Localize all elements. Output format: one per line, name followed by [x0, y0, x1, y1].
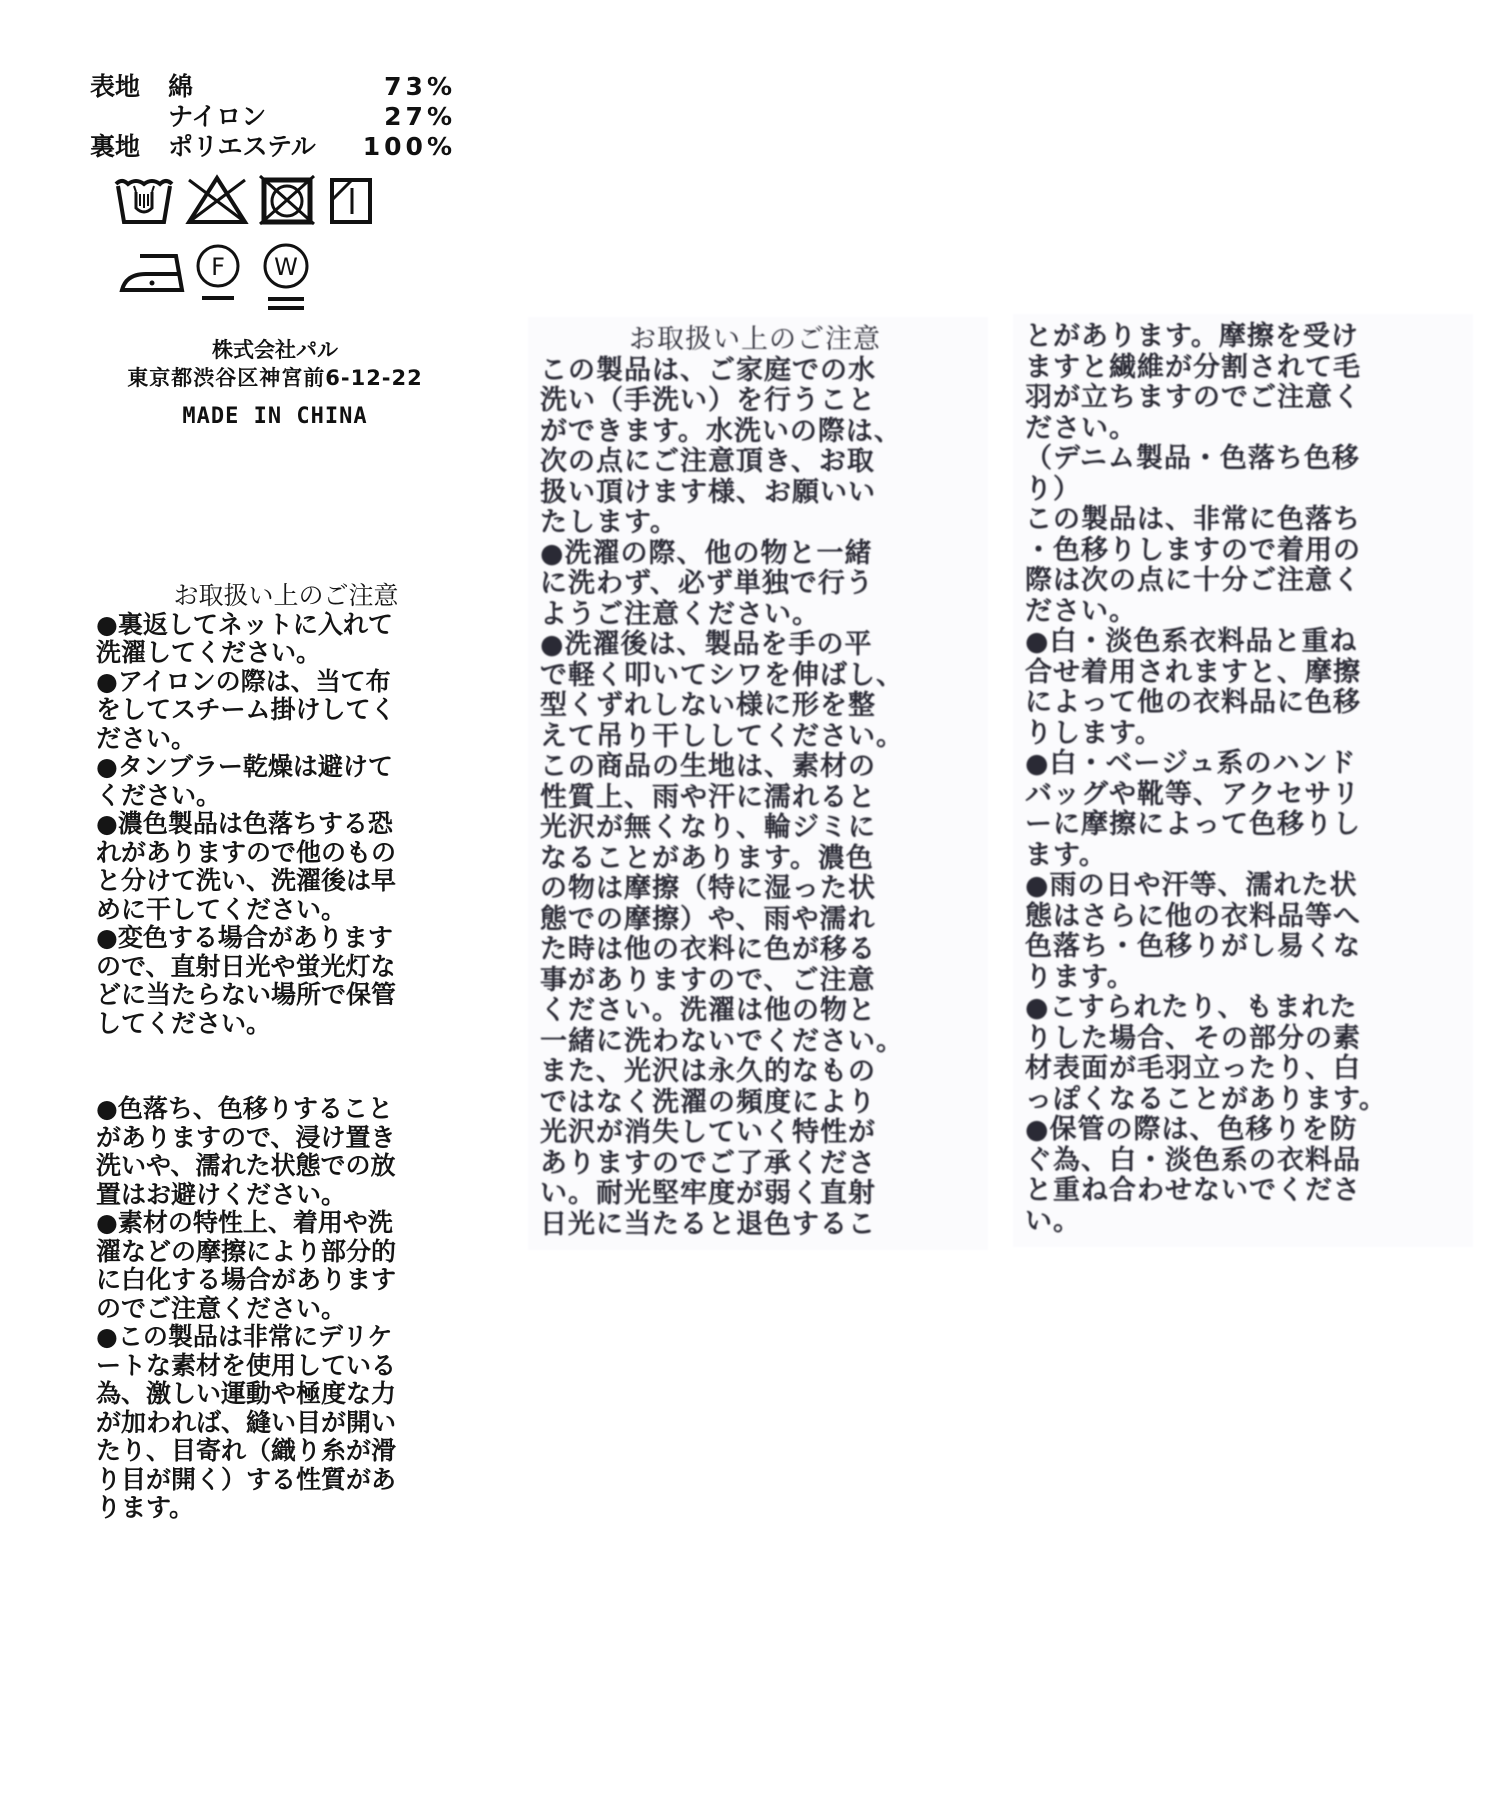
text-line: 事がありますので、ご注意 — [540, 966, 970, 997]
line-dry-shade-icon — [328, 174, 374, 226]
text-line: 羽が立ちますのでご注意く — [1025, 383, 1455, 414]
text-line: ●白・淡色系衣料品と重ね — [1025, 627, 1455, 658]
text-line: ください。 — [96, 782, 476, 811]
text-line: ではなく洗濯の頻度により — [540, 1088, 970, 1119]
text-line: ●この製品は非常にデリケ — [96, 1323, 476, 1352]
text-line: ●洗濯の際、他の物と一緒 — [540, 539, 970, 570]
text-line: ●保管の際は、色移りを防 — [1025, 1115, 1455, 1146]
text-line: 洗い（手洗い）を行うこと — [540, 386, 970, 417]
text-line: 合せ着用されますと、摩擦 — [1025, 658, 1455, 689]
text-line: 濯などの摩擦により部分的 — [96, 1238, 476, 1267]
text-line: い。 — [1025, 1207, 1455, 1238]
text-line: ●色落ち、色移りすること — [96, 1095, 476, 1124]
text-line: この製品は、非常に色落ち — [1025, 505, 1455, 536]
text-line: （デニム製品・色落ち色移 — [1025, 444, 1455, 475]
text-line: 態はさらに他の衣料品等へ — [1025, 902, 1455, 933]
no-tumble-dry-icon — [258, 174, 316, 226]
iron-low-icon — [118, 250, 188, 294]
text-line: 置はお避けください。 — [96, 1181, 476, 1210]
text-line: が加われば、縫い目が開い — [96, 1409, 476, 1438]
fiber-percent: 100% — [348, 132, 456, 162]
text-line: えて吊り干ししてください。 — [540, 722, 970, 753]
company-address: 東京都渋谷区神宮前6-12-22 — [90, 364, 460, 392]
text-line: この製品は、ご家庭での水 — [540, 356, 970, 387]
fiber-content-table: 表地 綿 73% ナイロン 27% 裏地 ポリエステル 100% — [90, 72, 460, 162]
text-line: 材表面が毛羽立ったり、白 — [1025, 1054, 1455, 1085]
fiber-percent: 73% — [348, 72, 456, 102]
text-line: ●こすられたり、もまれた — [1025, 993, 1455, 1024]
text-line: っぽくなることがあります。 — [1025, 1085, 1455, 1116]
text-line: 際は次の点に十分ご注意く — [1025, 566, 1455, 597]
fiber-material: ポリエステル — [168, 132, 348, 162]
text-line: この商品の生地は、素材の — [540, 752, 970, 783]
text-line: によって他の衣料品に色移 — [1025, 688, 1455, 719]
text-line: ぐ為、白・淡色系の衣料品 — [1025, 1146, 1455, 1177]
text-line: 扱い頂けます様、お願いい — [540, 478, 970, 509]
text-line: バッグや靴等、アクセサリ — [1025, 780, 1455, 811]
text-line: とがあります。摩擦を受け — [1025, 322, 1455, 353]
text-line: と分けて洗い、洗濯後は早 — [96, 867, 476, 896]
notes-group-b: ●色落ち、色移りすること がありますので、浸け置き 洗いや、濡れた状態での放 置… — [96, 1095, 476, 1523]
text-line: たり、目寄れ（織り糸が滑 — [96, 1437, 476, 1466]
text-line: ります。 — [1025, 963, 1455, 994]
text-line: ますと繊維が分割されて毛 — [1025, 353, 1455, 384]
text-line: ●タンブラー乾燥は避けて — [96, 753, 476, 782]
text-line: ●雨の日や汗等、濡れた状 — [1025, 871, 1455, 902]
care-notes-right: とがあります。摩擦を受け ますと繊維が分割されて毛 羽が立ちますのでご注意く だ… — [1025, 322, 1455, 1237]
text-line: た時は他の衣料に色が移る — [540, 935, 970, 966]
care-label: 表地 綿 73% ナイロン 27% 裏地 ポリエステル 100% — [90, 72, 460, 434]
dry-clean-f-icon: F — [192, 242, 244, 308]
text-line: どに当たらない場所で保管 — [96, 981, 476, 1010]
text-line: ●素材の特性上、着用や洗 — [96, 1209, 476, 1238]
text-line: 洗濯してください。 — [96, 639, 476, 668]
text-line: ●洗濯後は、製品を手の平 — [540, 630, 970, 661]
text-line: なることがあります。濃色 — [540, 844, 970, 875]
company-info: 株式会社パル 東京都渋谷区神宮前6-12-22 MADE IN CHINA — [90, 336, 460, 434]
text-line: してください。 — [96, 1010, 476, 1039]
text-line: ・色移りしますので着用の — [1025, 536, 1455, 567]
company-name: 株式会社パル — [90, 336, 460, 364]
fiber-percent: 27% — [348, 102, 456, 132]
svg-text:F: F — [211, 253, 225, 281]
text-line: また、光沢は永久的なもの — [540, 1057, 970, 1088]
text-line: ●アイロンの際は、当て布 — [96, 668, 476, 697]
text-line: めに干してください。 — [96, 896, 476, 925]
fiber-part: 表地 — [90, 72, 168, 102]
text-line: り目が開く）する性質があ — [96, 1466, 476, 1495]
text-line: ります。 — [96, 1494, 476, 1523]
care-symbols: F W — [90, 172, 460, 332]
notes-group-a: ●裏返してネットに入れて 洗濯してください。 ●アイロンの際は、当て布 をしてス… — [96, 611, 476, 1039]
spacer — [96, 1038, 476, 1095]
text-line: 洗いや、濡れた状態での放 — [96, 1152, 476, 1181]
text-line: 光沢が消失していく特性が — [540, 1118, 970, 1149]
text-line: をしてスチーム掛けしてく — [96, 696, 476, 725]
fiber-part: 裏地 — [90, 132, 168, 162]
text-line: ださい。 — [96, 725, 476, 754]
text-line: ます。 — [1025, 841, 1455, 872]
text-line: で軽く叩いてシワを伸ばし、 — [540, 661, 970, 692]
text-line: い。耐光堅牢度が弱く直射 — [540, 1179, 970, 1210]
svg-text:W: W — [274, 253, 298, 281]
text-line: 性質上、雨や汗に濡れると — [540, 783, 970, 814]
text-line: 光沢が無くなり、輪ジミに — [540, 813, 970, 844]
fiber-row: 裏地 ポリエステル 100% — [90, 132, 460, 162]
fiber-material: 綿 — [168, 72, 348, 102]
text-line: たします。 — [540, 508, 970, 539]
text-line: ください。洗濯は他の物と — [540, 996, 970, 1027]
text-line: に白化する場合があります — [96, 1266, 476, 1295]
text-line: り） — [1025, 475, 1455, 506]
text-line: 態での摩擦）や、雨や濡れ — [540, 905, 970, 936]
fiber-part — [90, 102, 168, 132]
text-line: 日光に当たると退色するこ — [540, 1210, 970, 1241]
text-line: ●濃色製品は色落ちする恐 — [96, 810, 476, 839]
text-line: ださい。 — [1025, 597, 1455, 628]
text-line: ようご注意ください。 — [540, 600, 970, 631]
text-line: ●裏返してネットに入れて — [96, 611, 476, 640]
section-heading: お取扱い上のご注意 — [96, 582, 476, 611]
text-line: ので、直射日光や蛍光灯な — [96, 953, 476, 982]
text-line: 色落ち・色移りがし易くな — [1025, 932, 1455, 963]
text-line: ありますのでご了承くださ — [540, 1149, 970, 1180]
fiber-row: ナイロン 27% — [90, 102, 460, 132]
fiber-row: 表地 綿 73% — [90, 72, 460, 102]
care-notes-middle: お取扱い上のご注意 この製品は、ご家庭での水 洗い（手洗い）を行うこと ができま… — [540, 325, 970, 1240]
text-line: ーに摩擦によって色移りし — [1025, 810, 1455, 841]
text-line: ●変色する場合があります — [96, 924, 476, 953]
wet-clean-w-icon: W — [258, 242, 314, 318]
text-line: りした場合、その部分の素 — [1025, 1024, 1455, 1055]
text-line: に洗わず、必ず単独で行う — [540, 569, 970, 600]
text-line: 次の点にご注意頂き、お取 — [540, 447, 970, 478]
country-of-origin: MADE IN CHINA — [90, 400, 460, 434]
text-line: の物は摩擦（特に湿った状 — [540, 874, 970, 905]
text-line: れがありますので他のもの — [96, 839, 476, 868]
text-line: 一緒に洗わないでください。 — [540, 1027, 970, 1058]
text-line: ートな素材を使用している — [96, 1352, 476, 1381]
fiber-material: ナイロン — [168, 102, 348, 132]
no-bleach-icon — [185, 174, 249, 226]
text-line: 型くずれしない様に形を整 — [540, 691, 970, 722]
text-line: のでご注意ください。 — [96, 1295, 476, 1324]
text-line: がありますので、浸け置き — [96, 1124, 476, 1153]
section-heading: お取扱い上のご注意 — [540, 325, 970, 356]
text-line: ●白・ベージュ系のハンド — [1025, 749, 1455, 780]
text-line: 為、激しい運動や極度な力 — [96, 1380, 476, 1409]
care-notes-left: お取扱い上のご注意 ●裏返してネットに入れて 洗濯してください。 ●アイロンの際… — [96, 582, 476, 1523]
text-line: りします。 — [1025, 719, 1455, 750]
hand-wash-icon — [112, 174, 176, 226]
text-line: ださい。 — [1025, 414, 1455, 445]
text-line: ができます。水洗いの際は、 — [540, 417, 970, 448]
text-line: と重ね合わせないでくださ — [1025, 1176, 1455, 1207]
